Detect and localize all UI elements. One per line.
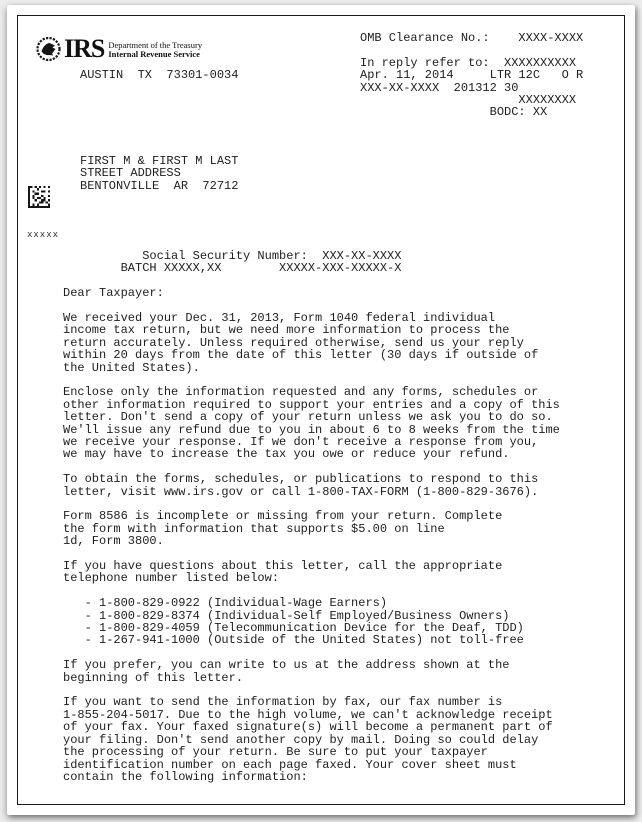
salutation: Dear Taxpayer: xyxy=(63,287,608,299)
paragraph-fax-info: If you want to send the information by f… xyxy=(63,696,608,783)
origin-address: AUSTIN TX 73301-0034 xyxy=(80,69,238,81)
barcode-label: xxxxx xyxy=(27,231,59,240)
irs-logo: IRS Department of the Treasury Internal … xyxy=(36,36,202,62)
data-matrix-barcode-icon xyxy=(28,186,50,213)
letter-page: IRS Department of the Treasury Internal … xyxy=(7,5,635,815)
ssn-batch-reference: Social Security Number: XXX-XX-XXXX BATC… xyxy=(63,250,608,275)
paragraph-write-to-us: If you prefer, you can write to us at th… xyxy=(63,659,608,684)
phone-number-list: - 1-800-829-0922 (Individual-Wage Earner… xyxy=(63,597,608,647)
treasury-caption: Department of the Treasury Internal Reve… xyxy=(108,41,202,59)
scanned-letter-canvas: IRS Department of the Treasury Internal … xyxy=(0,0,642,822)
internal-revenue-service-line: Internal Revenue Service xyxy=(108,50,202,59)
irs-wordmark: IRS xyxy=(64,36,104,62)
irs-eagle-icon xyxy=(36,36,61,62)
letter-body: Social Security Number: XXX-XX-XXXX BATC… xyxy=(63,250,608,783)
paragraph-enclose-info: Enclose only the information requested a… xyxy=(63,386,608,460)
reference-block: OMB Clearance No.: XXXX-XXXX In reply re… xyxy=(360,32,583,119)
paragraph-received-return: We received your Dec. 31, 2013, Form 104… xyxy=(63,312,608,374)
paragraph-form-8586: Form 8586 is incomplete or missing from … xyxy=(63,510,608,547)
paragraph-obtain-forms: To obtain the forms, schedules, or publi… xyxy=(63,473,608,498)
paragraph-questions: If you have questions about this letter,… xyxy=(63,560,608,585)
recipient-address: FIRST M & FIRST M LAST STREET ADDRESS BE… xyxy=(80,155,238,192)
